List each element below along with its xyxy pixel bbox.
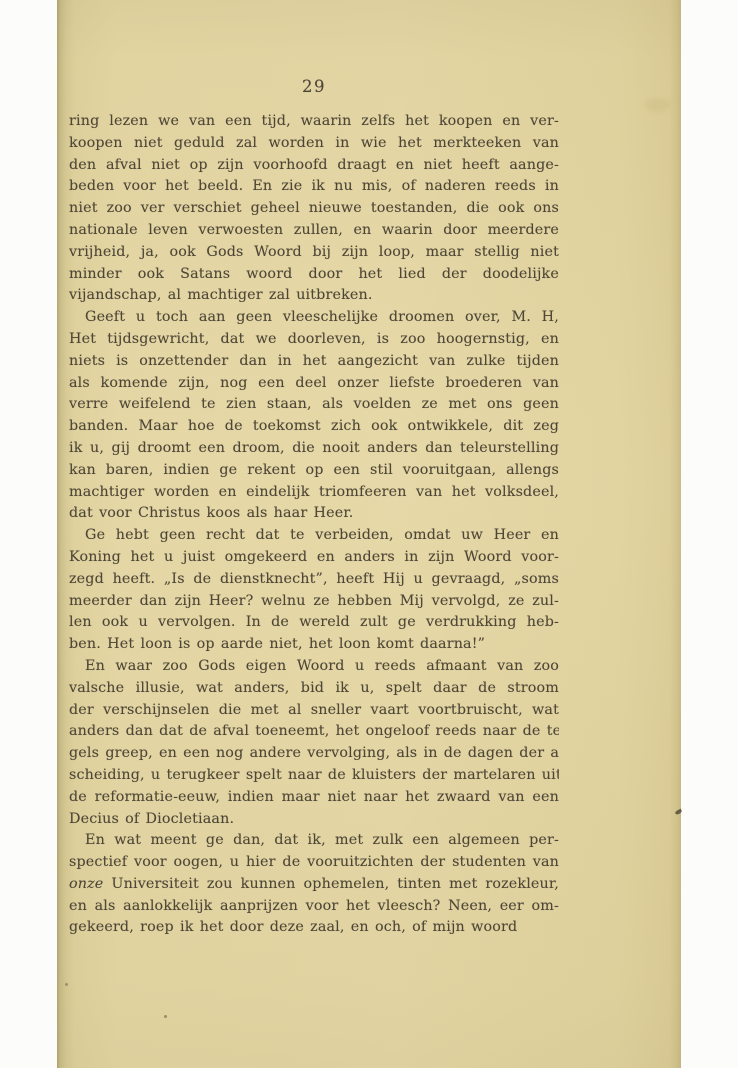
- text-line: der verschijnselen die met al sneller va…: [69, 700, 559, 722]
- text-line: niet zoo ver verschiet geheel nieuwe toe…: [69, 198, 559, 220]
- text-line: de reformatie-eeuw, indien maar niet naa…: [69, 787, 559, 809]
- text-line: beden voor het beeld. En zie ik nu mis, …: [69, 176, 559, 198]
- text-line: scheiding, u terugkeer spelt naar de klu…: [69, 765, 559, 787]
- page-text: ring lezen we van een tijd, waarin zelfs…: [69, 111, 559, 939]
- text-line: En wat meent ge dan, dat ik, met zulk ee…: [69, 830, 559, 852]
- text-line: spectief voor oogen, u hier de vooruitzi…: [69, 852, 559, 874]
- text-line: Het tijdsgewricht, dat we doorleven, is …: [69, 329, 559, 351]
- text-line: gels greep, en een nog andere vervolging…: [69, 743, 559, 765]
- text-line: anders dan dat de afval toeneemt, het on…: [69, 721, 559, 743]
- text-line: dat voor Christus koos als haar Heer.: [69, 503, 559, 525]
- text-line: machtiger worden en eindelijk triomfeere…: [69, 482, 559, 504]
- scan-canvas: { "page": { "number": "29", "paragraphs"…: [0, 0, 738, 1068]
- text-line: ben. Het loon is op aarde niet, het loon…: [69, 634, 559, 656]
- text-line: minder ook Satans woord door het lied de…: [69, 264, 559, 286]
- text-line: den afval niet op zijn voorhoofd draagt …: [69, 155, 559, 177]
- text-line: valsche illusie, wat anders, bid ik u, s…: [69, 678, 559, 700]
- text-line: zegd heeft. „Is de dienstknecht”, heeft …: [69, 569, 559, 591]
- ink-speck: [674, 809, 682, 816]
- text-line: meerder dan zijn Heer? welnu ze hebben M…: [69, 591, 559, 613]
- text-line: niets is onzettender dan in het aangezic…: [69, 351, 559, 373]
- scan-smudge: [645, 98, 671, 112]
- book-page: 29 ring lezen we van een tijd, waarin ze…: [57, 0, 681, 1068]
- text-line: vijandschap, al machtiger zal uitbreken.: [69, 285, 559, 307]
- text-line: kan baren, indien ge rekent op een stil …: [69, 460, 559, 482]
- text-line: ring lezen we van een tijd, waarin zelfs…: [69, 111, 559, 133]
- text-line: koopen niet geduld zal worden in wie het…: [69, 133, 559, 155]
- ink-speck: [65, 983, 68, 986]
- text-line: Ge hebt geen recht dat te verbeiden, omd…: [69, 525, 559, 547]
- text-line: Decius of Diocletiaan.: [69, 809, 559, 831]
- text-line: als komende zijn, nog een deel onzer lie…: [69, 373, 559, 395]
- text-line: En waar zoo Gods eigen Woord u reeds afm…: [69, 656, 559, 678]
- text-line: en als aanlokkelijk aanprijzen voor het …: [69, 896, 559, 918]
- ink-speck: [164, 1015, 167, 1018]
- text-line: nationale leven verwoesten zullen, en wa…: [69, 220, 559, 242]
- italic-text: onze: [69, 876, 103, 892]
- text-line: banden. Maar hoe de toekomst zich ook on…: [69, 416, 559, 438]
- text-line: verre weifelend te zien staan, als voeld…: [69, 394, 559, 416]
- text-line: ik u, gij droomt een droom, die nooit an…: [69, 438, 559, 460]
- page-number: 29: [69, 77, 559, 96]
- text-line: Koning het u juist omgekeerd en anders i…: [69, 547, 559, 569]
- text-line: onze Universiteit zou kunnen ophemelen, …: [69, 874, 559, 896]
- text-line: vrijheid, ja, ook Gods Woord bij zijn lo…: [69, 242, 559, 264]
- text-line: Geeft u toch aan geen vleeschelijke droo…: [69, 307, 559, 329]
- text-line: len ook u vervolgen. In de wereld zult g…: [69, 612, 559, 634]
- text-line: gekeerd, roep ik het door deze zaal, en …: [69, 917, 559, 939]
